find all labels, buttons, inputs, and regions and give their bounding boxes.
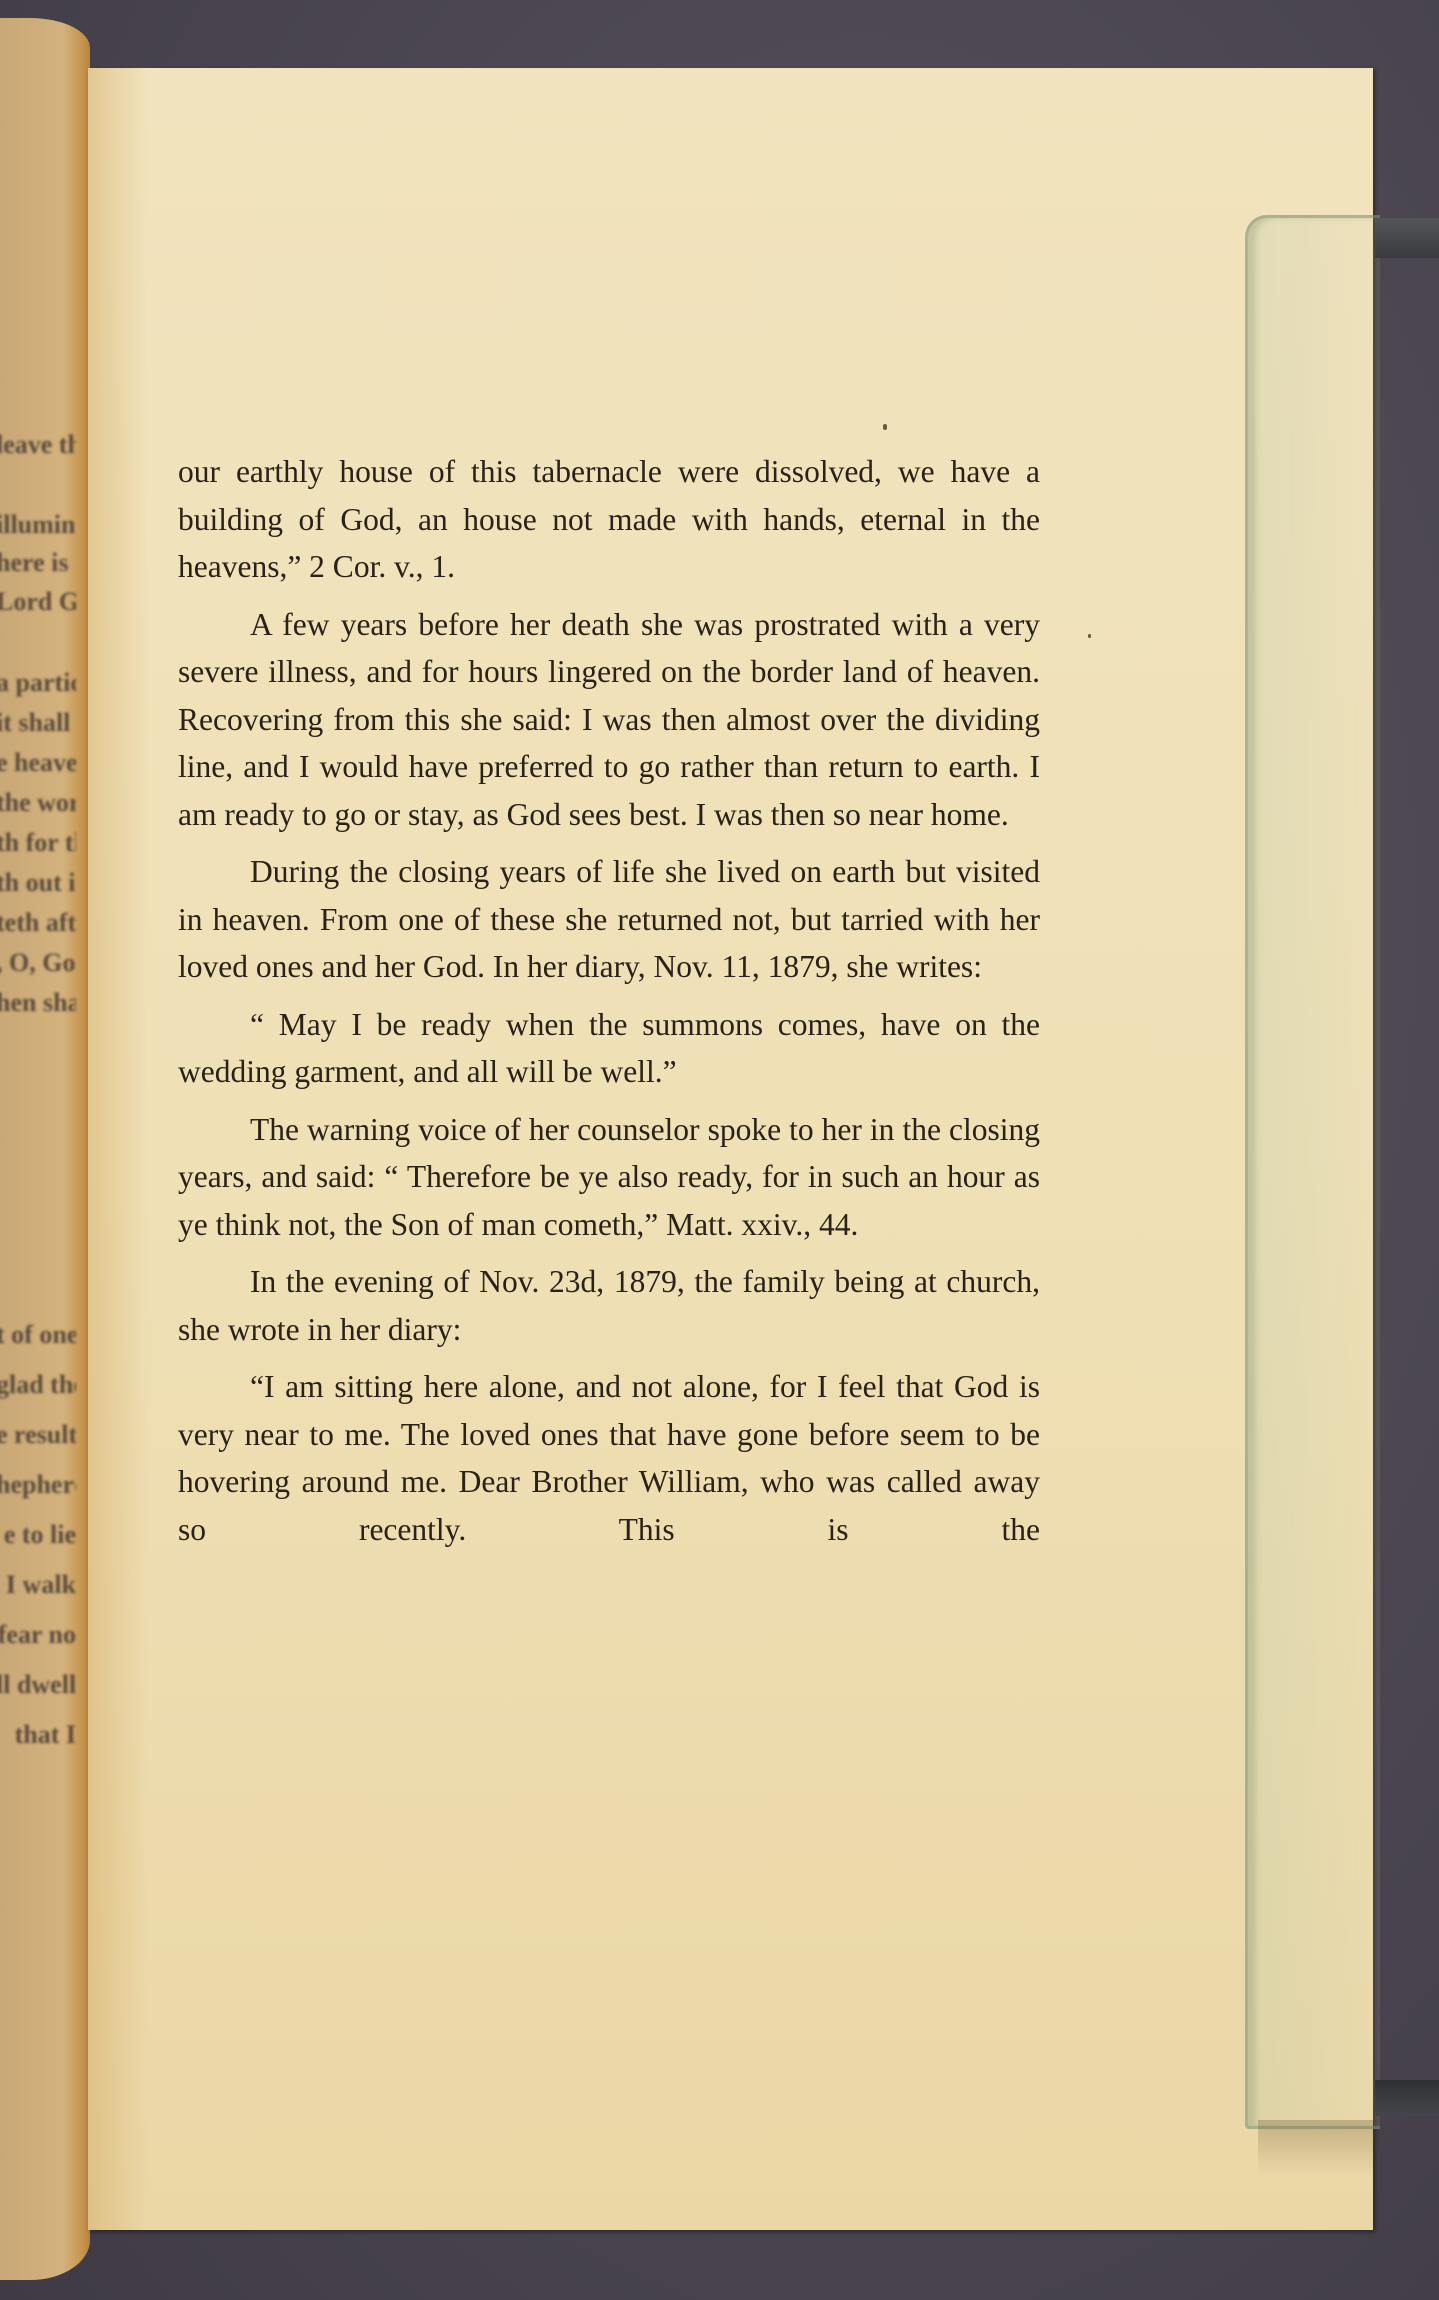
- left-page-fragment: leave the: [0, 430, 76, 460]
- left-page-fragment: th out in: [0, 868, 76, 898]
- glass-weight-arm-top: [1375, 218, 1439, 258]
- left-page-fragment: the words: [0, 788, 76, 818]
- paper-speck: [1088, 634, 1091, 638]
- glass-weight-shadow: [1258, 2120, 1373, 2175]
- glass-page-weight: [1245, 215, 1380, 2129]
- left-page-fragment: it shall b: [0, 708, 76, 738]
- left-page-fragment: illuminat: [0, 510, 76, 540]
- paragraph: The warning voice of her counselor spoke…: [178, 1106, 1040, 1249]
- book-page: our earthly house of this tabernacle wer…: [88, 68, 1373, 2230]
- left-page-fragment: fear no: [0, 1620, 76, 1650]
- left-page-fragment: that I: [0, 1720, 76, 1750]
- left-page-fragment: teth afte: [0, 908, 76, 938]
- paragraph: our earthly house of this tabernacle wer…: [178, 448, 1040, 591]
- paragraph-quote: “ May I be ready when the summons comes,…: [178, 1001, 1040, 1096]
- left-page-fragment: , O, God: [0, 948, 76, 978]
- paragraph: In the evening of Nov. 23d, 1879, the fa…: [178, 1258, 1040, 1353]
- left-page-fragment: e to lie: [0, 1520, 76, 1550]
- left-page-fragment: Lord God: [0, 587, 76, 617]
- paper-speck: [883, 424, 887, 430]
- paragraph: A few years before her death she was pro…: [178, 601, 1040, 839]
- left-page-fragment: ll dwell: [0, 1670, 76, 1700]
- left-facing-page: leave the illuminat here is a Lord God a…: [0, 18, 90, 2280]
- left-page-fragment: th for the: [0, 828, 76, 858]
- left-page-fragment: e results: [0, 1420, 76, 1450]
- glass-weight-arm-bottom: [1375, 2080, 1439, 2116]
- left-page-fragment: a particip: [0, 668, 76, 698]
- left-page-fragment: glad the: [0, 1370, 76, 1400]
- paragraph-quote: “I am sitting here alone, and not alone,…: [178, 1363, 1040, 1553]
- left-page-fragment: hen shal: [0, 988, 76, 1018]
- left-page-fragment: hepherd: [0, 1470, 76, 1500]
- left-page-fragment: e heavenly: [0, 748, 76, 778]
- paragraph: During the closing years of life she liv…: [178, 848, 1040, 991]
- left-page-fragment: here is a: [0, 548, 76, 578]
- left-page-fragment: t of one: [0, 1320, 76, 1350]
- left-page-fragment: I walk: [0, 1570, 76, 1600]
- page-body-text: our earthly house of this tabernacle wer…: [178, 448, 1040, 1563]
